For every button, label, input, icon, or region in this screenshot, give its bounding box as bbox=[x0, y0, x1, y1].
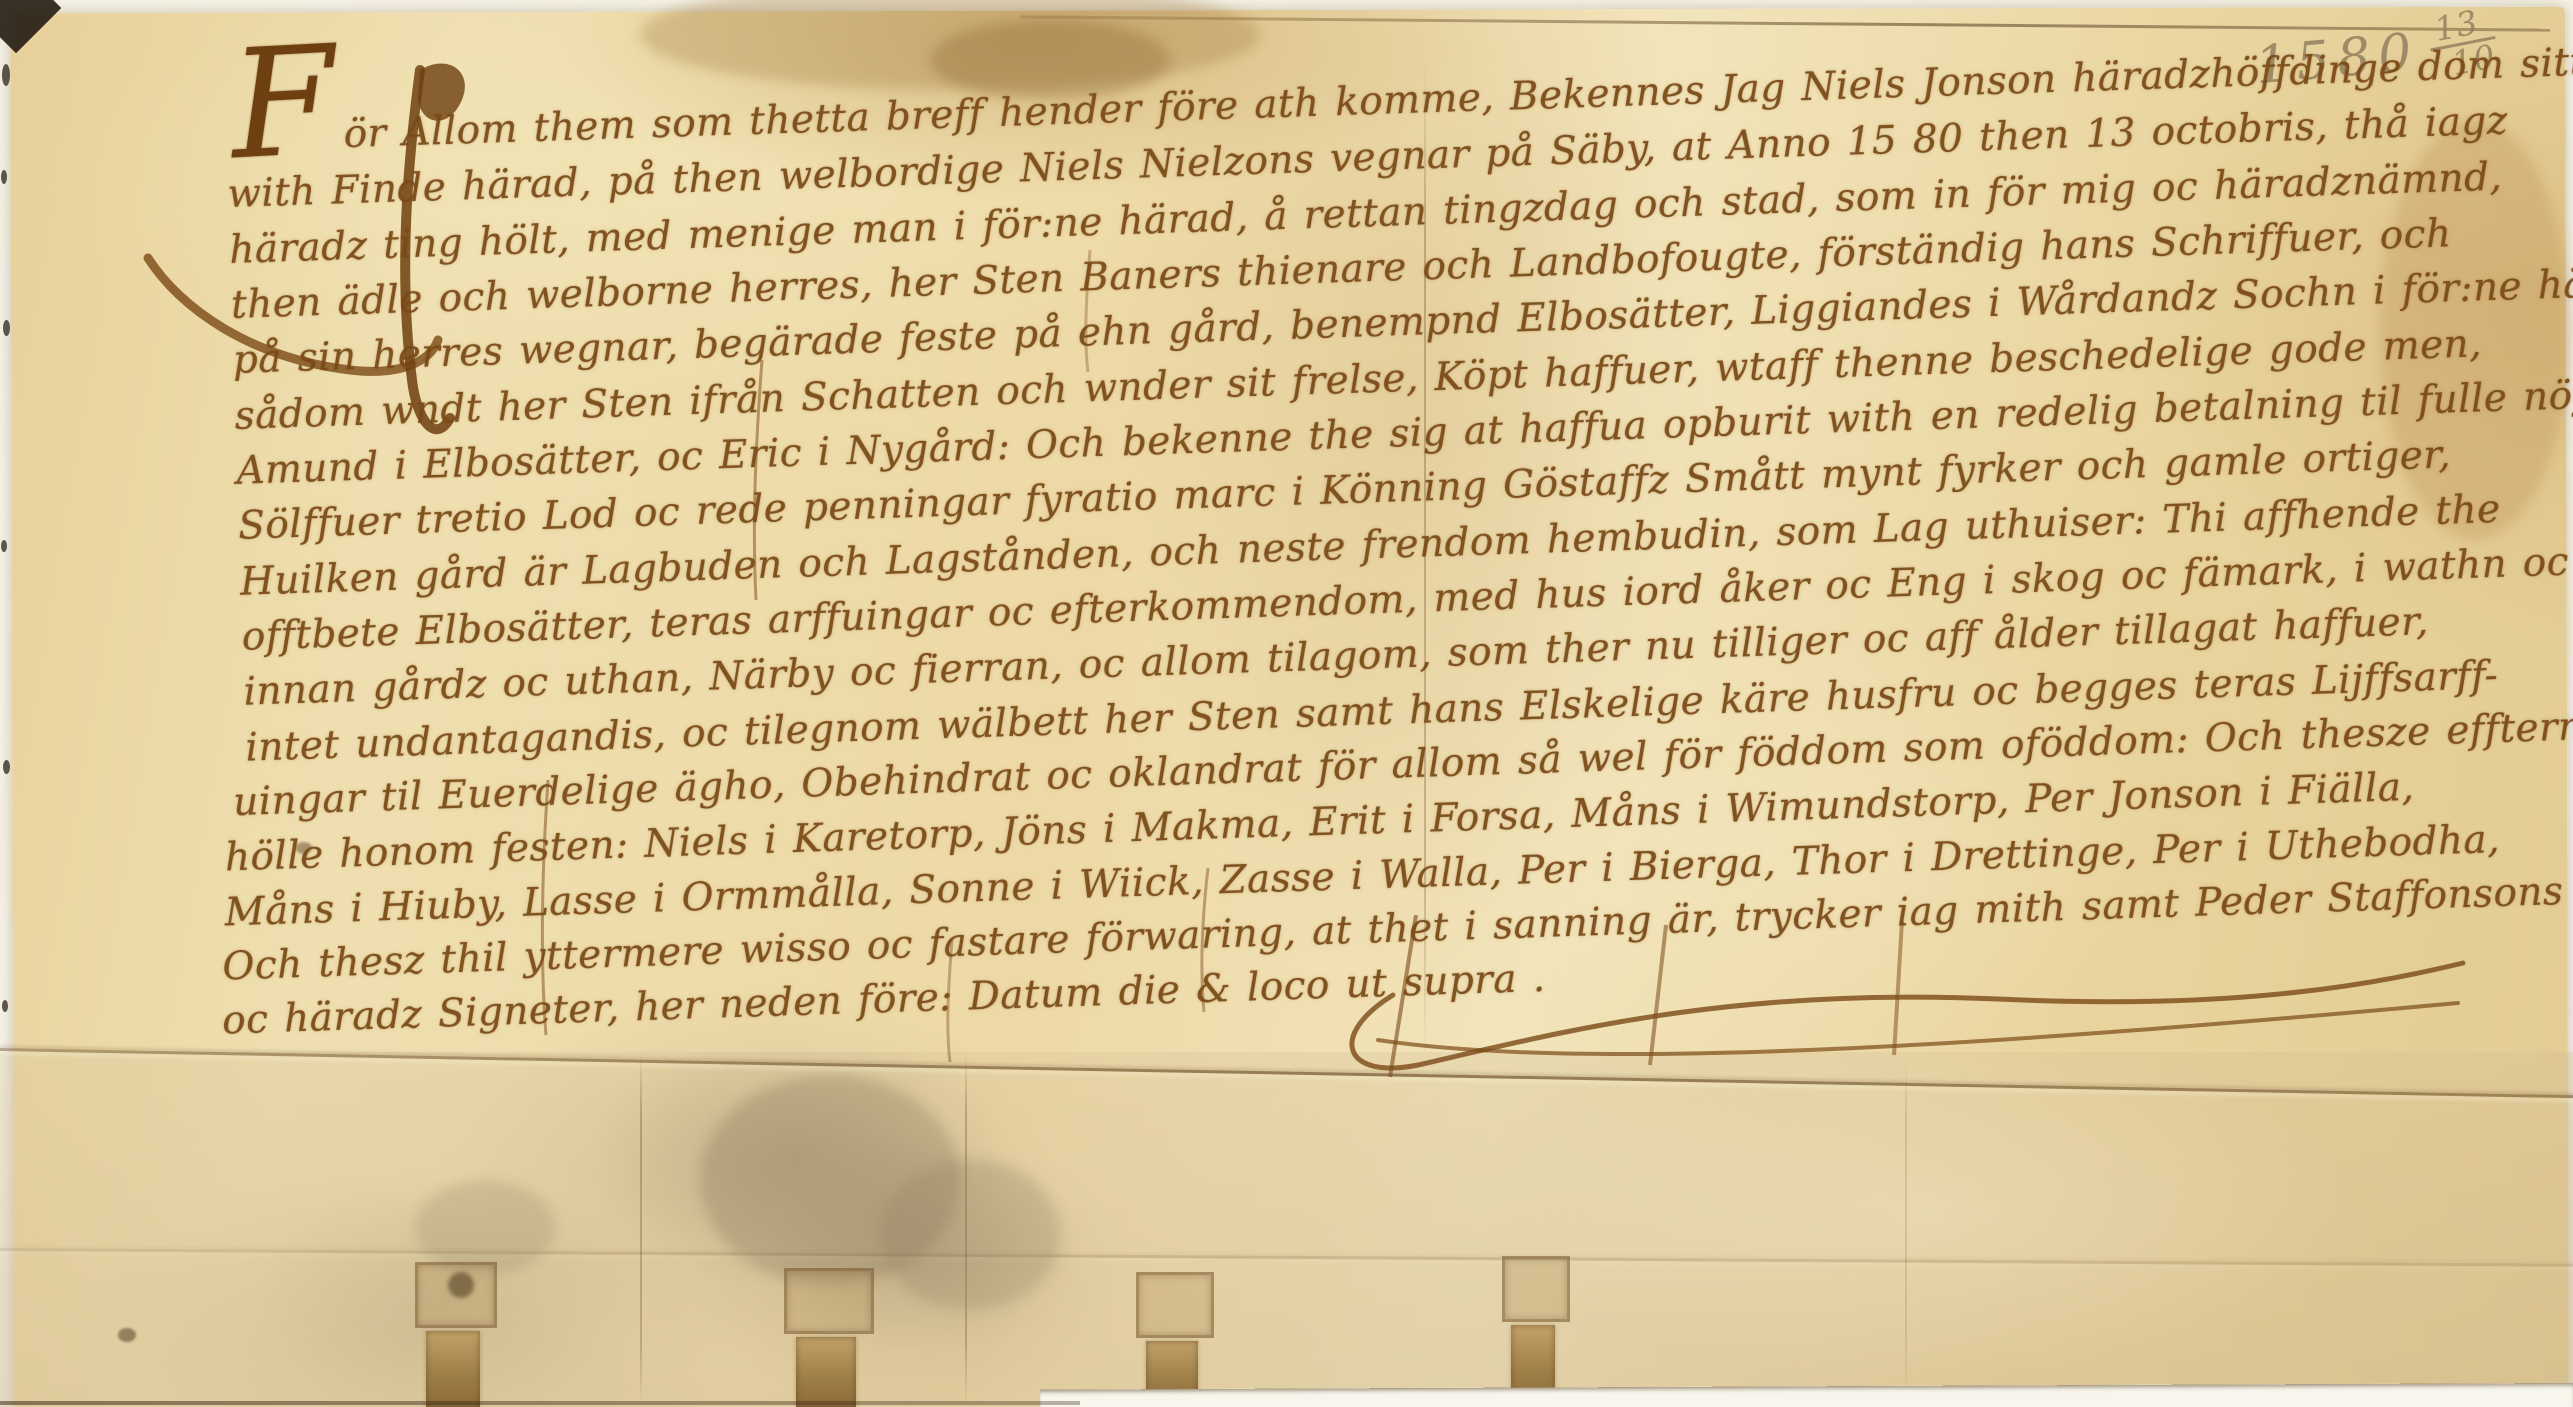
seal-slit bbox=[415, 1262, 497, 1328]
seal-tail bbox=[796, 1337, 856, 1407]
seal-tail bbox=[426, 1331, 481, 1407]
signature-flourish bbox=[1298, 915, 2498, 1085]
seal-slit bbox=[1502, 1256, 1570, 1322]
parchment-bottom-edge bbox=[0, 1401, 1080, 1405]
seal-tag bbox=[415, 1262, 491, 1407]
stray-pen-strokes bbox=[0, 0, 2573, 1407]
seal-tag bbox=[1136, 1272, 1208, 1407]
photo-of-parchment-charter: F 1580 13 10 ör Allom them som thetta br… bbox=[0, 0, 2573, 1407]
seal-slit bbox=[784, 1268, 874, 1334]
seal-tag bbox=[784, 1268, 868, 1407]
seal-tag bbox=[1502, 1256, 1564, 1407]
seal-slit bbox=[1136, 1272, 1214, 1338]
